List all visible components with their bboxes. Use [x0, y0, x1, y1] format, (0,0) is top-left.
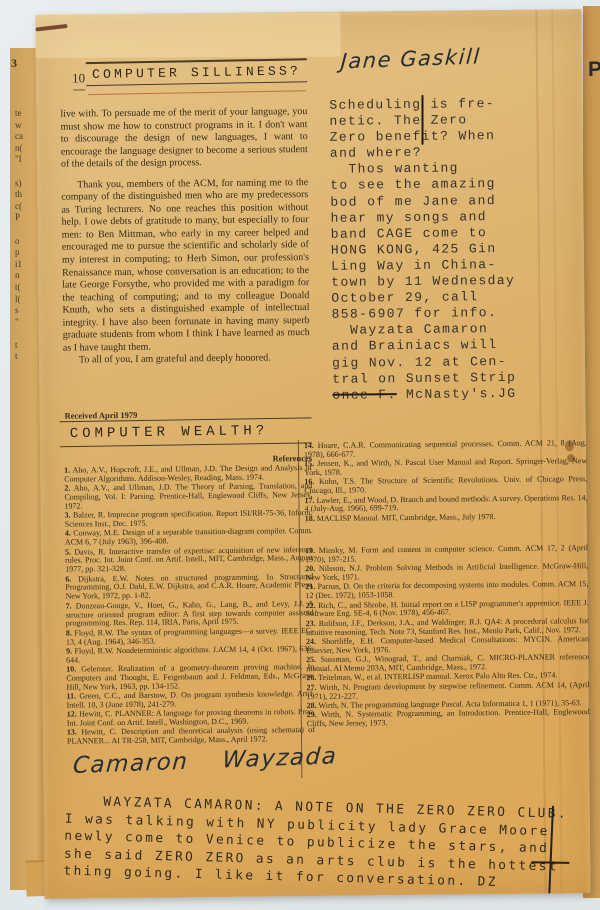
- reference-number: 26.: [306, 673, 316, 682]
- section-title-computer-silliness: COMPUTER SILLINESS?: [86, 58, 307, 86]
- reference-number: 11.: [66, 692, 76, 701]
- received-date-note: Received April 1979: [65, 410, 138, 421]
- text-fragment: o: [15, 236, 23, 248]
- reference-number: 12.: [67, 710, 77, 719]
- reference-text: Aho, A.V., and Ullman, J.D. The Theory o…: [64, 481, 312, 510]
- reference-text: Gelernter. Realization of a geometry-the…: [66, 662, 314, 691]
- text-fragment: l(: [15, 294, 23, 306]
- reference-entry: 13. Hewitt, C. Description and theoretic…: [67, 726, 315, 746]
- reference-number: 7.: [66, 601, 72, 610]
- reference-text: Balzer, R. Imprecise program specificati…: [65, 508, 313, 528]
- after-struck-text: McNasty's.JG: [397, 386, 517, 402]
- reference-number: 13.: [67, 728, 77, 737]
- reference-text: Floyd, R.W. The syntax of programming la…: [66, 626, 314, 646]
- reference-entry: 10. Gelernter. Realization of a geometry…: [66, 663, 314, 692]
- text-fragment: t: [15, 340, 23, 352]
- reference-number: 3.: [65, 511, 71, 520]
- page-number: 10: [72, 70, 85, 90]
- article-paragraph: Thank you, members of the ACM, for namin…: [61, 177, 310, 355]
- reference-number: 5.: [65, 547, 71, 556]
- text-fragment: t(: [15, 282, 23, 294]
- reference-number: 22.: [306, 601, 316, 610]
- reference-number: 8.: [66, 628, 72, 637]
- reference-number: 2.: [64, 484, 70, 493]
- text-fragment: ": [15, 317, 23, 329]
- reference-number: 19.: [305, 546, 315, 555]
- reference-entry: 5. Davis, R. Interactive transfer of exp…: [65, 546, 313, 575]
- text-fragment: [15, 224, 23, 236]
- section-title-computer-wealth: COMPUTER WEALTH?: [60, 417, 312, 447]
- pen-ink-stroke: [422, 95, 424, 145]
- handwritten-name-jane-gaskill: Jane Gaskill: [340, 44, 482, 73]
- reference-number: 23.: [306, 619, 316, 628]
- reference-number: 18.: [305, 514, 315, 523]
- text-fragment: p: [15, 247, 23, 259]
- text-fragment: c(: [15, 201, 23, 213]
- reference-entry: 29. Wirth, N. Systematic Programming, an…: [307, 708, 590, 729]
- text-fragment: i1: [15, 259, 23, 271]
- typed-note-lines: Scheduling is fre-netic. The ZeroZero be…: [329, 95, 582, 387]
- reference-text: Davis, R. Interactive transfer of expert…: [65, 545, 313, 574]
- reference-entry: 18. MACLISP Manual. MIT, Cambridge, Mass…: [305, 512, 588, 524]
- reference-text: Green, C.C., and Barstow, D. On program …: [67, 689, 315, 709]
- lighter-paper-strip: [35, 12, 340, 58]
- text-fragment: n: [15, 270, 23, 282]
- text-fragment: [15, 166, 23, 178]
- reference-text: MACLISP Manual. MIT, Cambridge, Mass., J…: [317, 512, 496, 523]
- reference-text: Dijkstra, E.W. Notes on structured progr…: [65, 572, 313, 601]
- reference-text: Donzeau-Gouge, V., Huet, G., Kahn, G., L…: [66, 599, 314, 628]
- article-paragraph: live with. To persuade me of the merit o…: [60, 106, 308, 171]
- handwritten-word: Wayzada: [222, 743, 339, 773]
- reference-entry: 2. Aho, A.V., and Ullman, J.D. The Theor…: [64, 482, 312, 511]
- red-underline-rule: [88, 90, 306, 95]
- text-fragment: t: [15, 351, 23, 363]
- reference-number: 15.: [304, 459, 314, 468]
- reference-number: 29.: [307, 710, 317, 719]
- text-fragment: ca: [15, 131, 23, 143]
- reference-number: 9.: [66, 646, 72, 655]
- text-fragment: "I: [15, 154, 23, 166]
- reference-number: 20.: [305, 564, 315, 573]
- reference-number: 25.: [306, 655, 316, 664]
- article-body: live with. To persuade me of the merit o…: [60, 106, 310, 368]
- reference-entry: 7. Donzeau-Gouge, V., Huet, G., Kahn, G.…: [66, 600, 314, 629]
- reference-number: 21.: [305, 582, 315, 591]
- references-column-right-bottom: 19. Minsky, M. Form and content in compu…: [305, 544, 590, 729]
- reference-text: Conway, M.E. Design of a separable trans…: [65, 526, 313, 546]
- reference-text: Hewitt, C. Description and theoretical a…: [67, 725, 315, 745]
- underlying-page-number: 3: [11, 56, 17, 71]
- references-column-right-top: 14. Hoare, C.A.R. Communicating sequenti…: [304, 439, 588, 524]
- reference-number: 17.: [304, 496, 314, 505]
- text-fragment: w: [15, 120, 23, 132]
- struck-text: once F.: [332, 387, 397, 403]
- reference-text: Floyd, R.W. Nondeterministic algorithms.…: [66, 644, 314, 664]
- reference-entry: 6. Dijkstra, E.W. Notes on structured pr…: [65, 573, 313, 602]
- typed-bottom-note: WAYZATA CAMARON: A NOTE ON THE ZERO ZERO…: [63, 793, 595, 895]
- text-fragment: s: [15, 305, 23, 317]
- references-column-left: 1. Aho, A.V., Hopcroft, J.E., and Ullman…: [64, 464, 315, 747]
- reference-number: 6.: [65, 574, 71, 583]
- reference-entry: 17. Lawler, E., and Wood, D. Branch and …: [304, 494, 587, 515]
- reference-text: Hewitt, C. PLANNER: A language for provi…: [67, 707, 315, 727]
- reference-number: 1.: [64, 466, 70, 475]
- text-fragment: [15, 328, 23, 340]
- text-fragment: s): [15, 178, 23, 190]
- reference-text: Lawler, E., and Wood, D. Branch and boun…: [305, 493, 588, 514]
- reference-number: 4.: [65, 529, 71, 538]
- text-fragment: n(: [15, 143, 23, 155]
- cut-off-letter: P: [588, 58, 600, 82]
- reference-number: 10.: [66, 665, 76, 674]
- handwritten-word: Camaron: [72, 749, 189, 779]
- reference-number: 16.: [304, 477, 314, 486]
- reference-number: 28.: [307, 701, 317, 710]
- text-fragment: P: [15, 212, 23, 224]
- handwritten-names-camaron-wayzada: CamaronWayzada: [72, 743, 338, 779]
- typed-note-column: Scheduling is fre-netic. The ZeroZero be…: [329, 95, 582, 403]
- typed-line-strikethrough: once F. McNasty's.JG: [332, 385, 582, 404]
- text-fragment: th: [15, 189, 23, 201]
- reference-number: 24.: [306, 637, 316, 646]
- text-fragment: te: [15, 108, 23, 120]
- reference-number: 27.: [306, 683, 316, 692]
- reference-text: Aho, A.V., Hopcroft, J.E., and Ullman, J…: [64, 463, 312, 483]
- article-paragraph: To all of you, I am grateful and deeply …: [63, 352, 310, 367]
- cut-off-text-fragments: tewcan("Is)thc(Popi1nt(l(s"tt: [15, 108, 23, 363]
- reference-text: Wirth, N. Systematic Programming, an Int…: [307, 707, 590, 728]
- magazine-page: 10 COMPUTER SILLINESS? Jane Gaskill live…: [35, 9, 590, 899]
- reference-number: 14.: [304, 441, 314, 450]
